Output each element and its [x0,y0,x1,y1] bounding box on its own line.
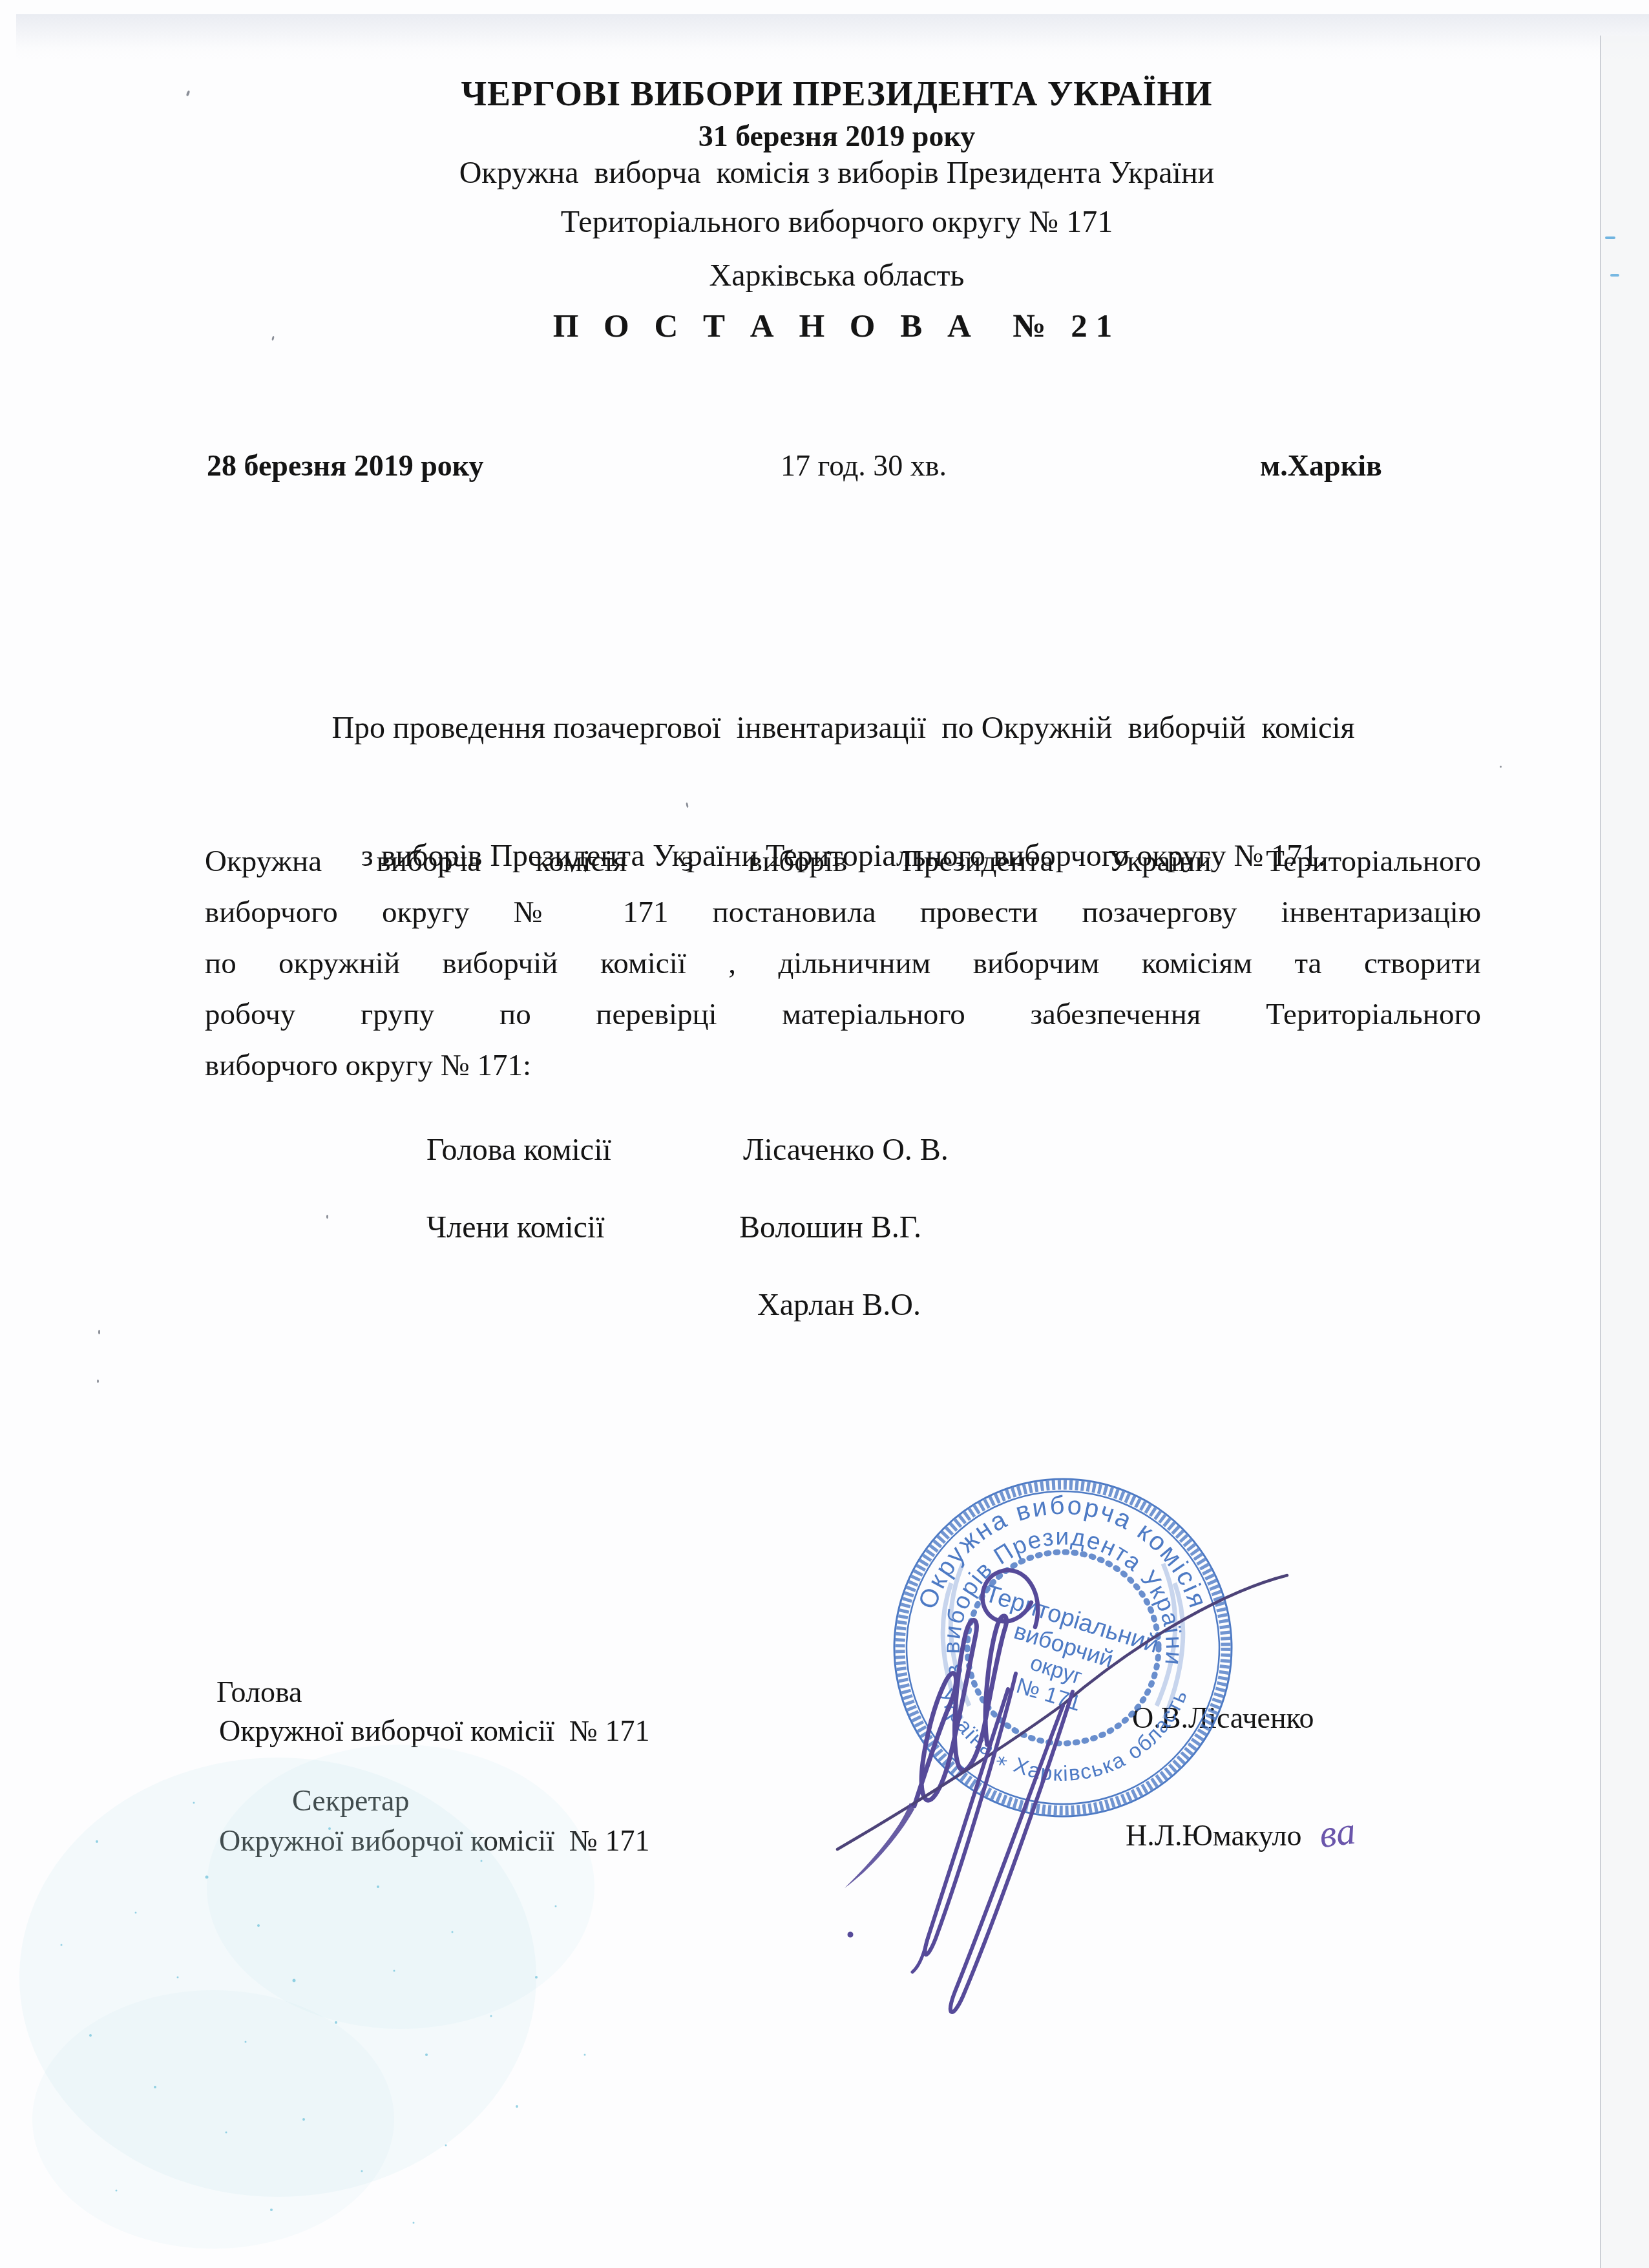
document-title: ЧЕРГОВІ ВИБОРИ ПРЕЗИДЕНТА УКРАЇНИ [194,72,1480,116]
stamp-center-line: виборчий [1011,1617,1117,1672]
svg-text:з виборів Президента України: з виборів Президента України [938,1524,1188,1678]
scan-speck [98,1330,100,1334]
commission-role: Голова комісії [426,1131,611,1170]
stamp-center-text: Територіальний виборчий округ № 171 [959,1580,1162,1732]
scan-speck [326,1215,328,1219]
body-line-1: Окружна виборча комісія з виборів Презид… [205,844,1481,879]
district-line: Територіального виборчого округу № 171 [194,203,1480,242]
stamp-outer-band [900,1485,1226,1811]
stamp-ring-text-top-2: з виборів Президента України [938,1524,1188,1678]
secretary-role: Секретар [292,1782,410,1820]
resolution-city: м.Харків [1260,447,1382,485]
ink-dot [848,1932,854,1938]
stamp-ornaments [943,1564,1183,1719]
body-line-3: по окружній виборчій комісії , дільнични… [205,946,1481,981]
election-date-line: 31 березня 2019 року [194,118,1480,155]
scan-speck [186,90,191,97]
resolution-title: П О С Т А Н О В А № 21 [194,306,1480,348]
svg-text:Окружна виборча комісія: Окружна виборча комісія [913,1491,1212,1613]
commission-member-name: Лісаченко О. В. [743,1131,949,1170]
scan-right-margin [1600,36,1649,2268]
official-stamp: Окружна виборча комісія з виборів Презид… [894,1479,1232,1816]
secretary-name: Н.Л.Юмакуло [1126,1817,1302,1854]
resolution-date: 28 березня 2019 року [207,447,484,485]
chairman-name: О.В.Лісаченко [1132,1699,1314,1737]
stamp-center-line: № 171 [1013,1674,1084,1716]
chairman-org: Окружної виборчої комісії № 171 [219,1712,649,1750]
commission-role: Члени комісії [426,1208,604,1247]
secretary-signature [848,1674,1073,2012]
secretary-org: Окружної виборчої комісії № 171 [219,1822,649,1860]
scan-top-shadow [16,14,1649,59]
secretary-handwritten-suffix: ва [1317,1809,1358,1857]
scan-speck [97,1380,99,1383]
region-line: Харківська область [194,257,1480,295]
commission-name-line: Окружна виборча комісія з виборів Презид… [194,154,1480,193]
resolution-time: 17 год. 30 хв. [781,447,947,485]
body-line-4: робочу групу по перевірці матеріального … [205,997,1481,1032]
stamp-center-line: округ [1027,1650,1085,1689]
stamp-center-line: Територіальний [982,1580,1162,1659]
body-line-2: виборчого округу № 171 постановила прове… [205,895,1481,930]
stamp-ring-text-top-1: Окружна виборча комісія [913,1491,1212,1613]
commission-member-name: Волошин В.Г. [739,1208,921,1247]
scanned-document-page: ЧЕРГОВІ ВИБОРИ ПРЕЗИДЕНТА УКРАЇНИ 31 бер… [0,0,1649,2268]
scan-page-edge [1600,36,1601,2268]
chairman-role: Голова [216,1674,302,1711]
body-line-5: виборчого округу № 171: [205,1048,1481,1083]
scan-speck [1500,766,1502,768]
subject-line-1: Про проведення позачергової інвентаризац… [194,707,1493,750]
stamp-rosette-ring [967,1552,1159,1743]
commission-member-name: Харлан В.О. [757,1286,921,1325]
